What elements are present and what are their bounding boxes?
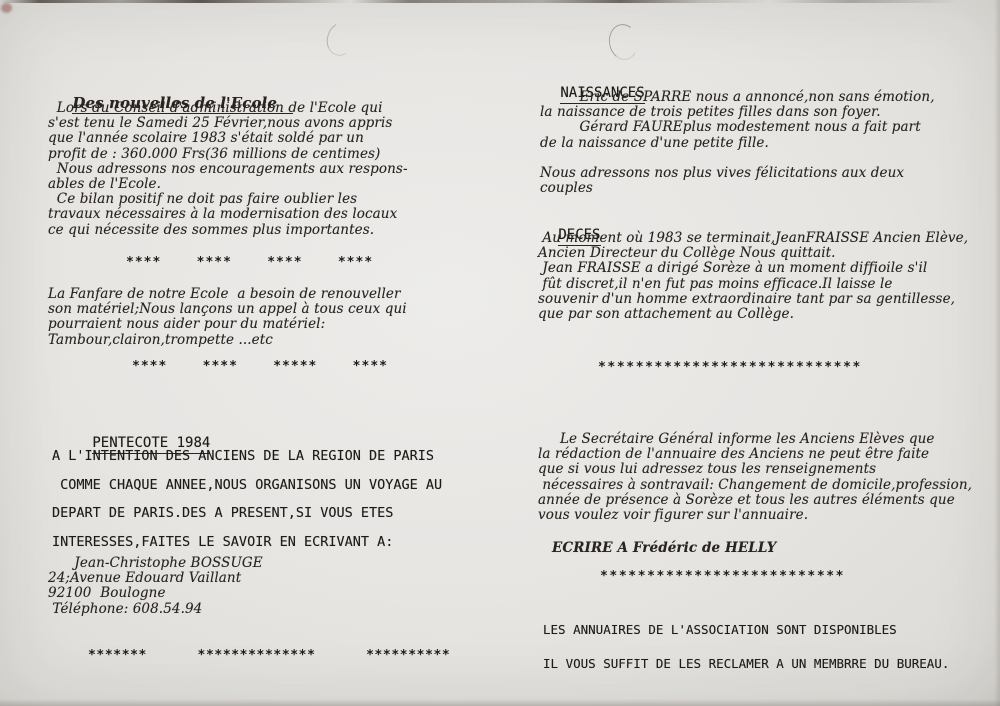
scan-right-shade bbox=[994, 0, 1000, 706]
contact-address: Jean-Christophe BOSSUGE 24;Avenue Edouar… bbox=[48, 556, 263, 617]
staple-hole-mark-right bbox=[606, 22, 641, 62]
document-page: Des nouvelles de l'Ecole Lors du Conseil… bbox=[0, 0, 1000, 706]
deces-paragraph: Au moment où 1983 se terminait,JeanFRAIS… bbox=[538, 231, 968, 322]
annuaire-paragraph: Le Secrétaire Général informe les Ancien… bbox=[538, 432, 972, 523]
naissances-paragraph: Eric de SPARRE nous a annoncé,non sans é… bbox=[540, 90, 935, 196]
fanfare-paragraph: La Fanfare de notre Ecole a besoin de re… bbox=[48, 287, 407, 348]
asterisk-separator-3: ******* ************** ********** bbox=[88, 648, 450, 663]
asterisk-separator-1: **** **** **** **** bbox=[126, 255, 373, 270]
asterisk-separator-4: **************************** bbox=[598, 360, 862, 375]
staple-hole-mark-left bbox=[322, 19, 359, 60]
asterisk-separator-5: ************************** bbox=[600, 569, 845, 584]
pentecote-announcement: A L'INTENTION DES ANCIENS DE LA REGION D… bbox=[52, 442, 442, 556]
scan-top-edge-artifact bbox=[0, 0, 1000, 3]
ecrire-contact-line: ECRIRE A Frédéric de HELLY bbox=[552, 541, 776, 556]
school-news-paragraph-1: Lors du Conseil d'administration de l'Ec… bbox=[48, 101, 408, 238]
corner-smudge-mark bbox=[1, 3, 12, 13]
asterisk-separator-2: **** **** ***** **** bbox=[132, 359, 388, 374]
scan-bottom-shade bbox=[0, 699, 1000, 706]
annuaires-availability-notice: LES ANNUAIRES DE L'ASSOCIATION SONT DISP… bbox=[543, 613, 949, 680]
